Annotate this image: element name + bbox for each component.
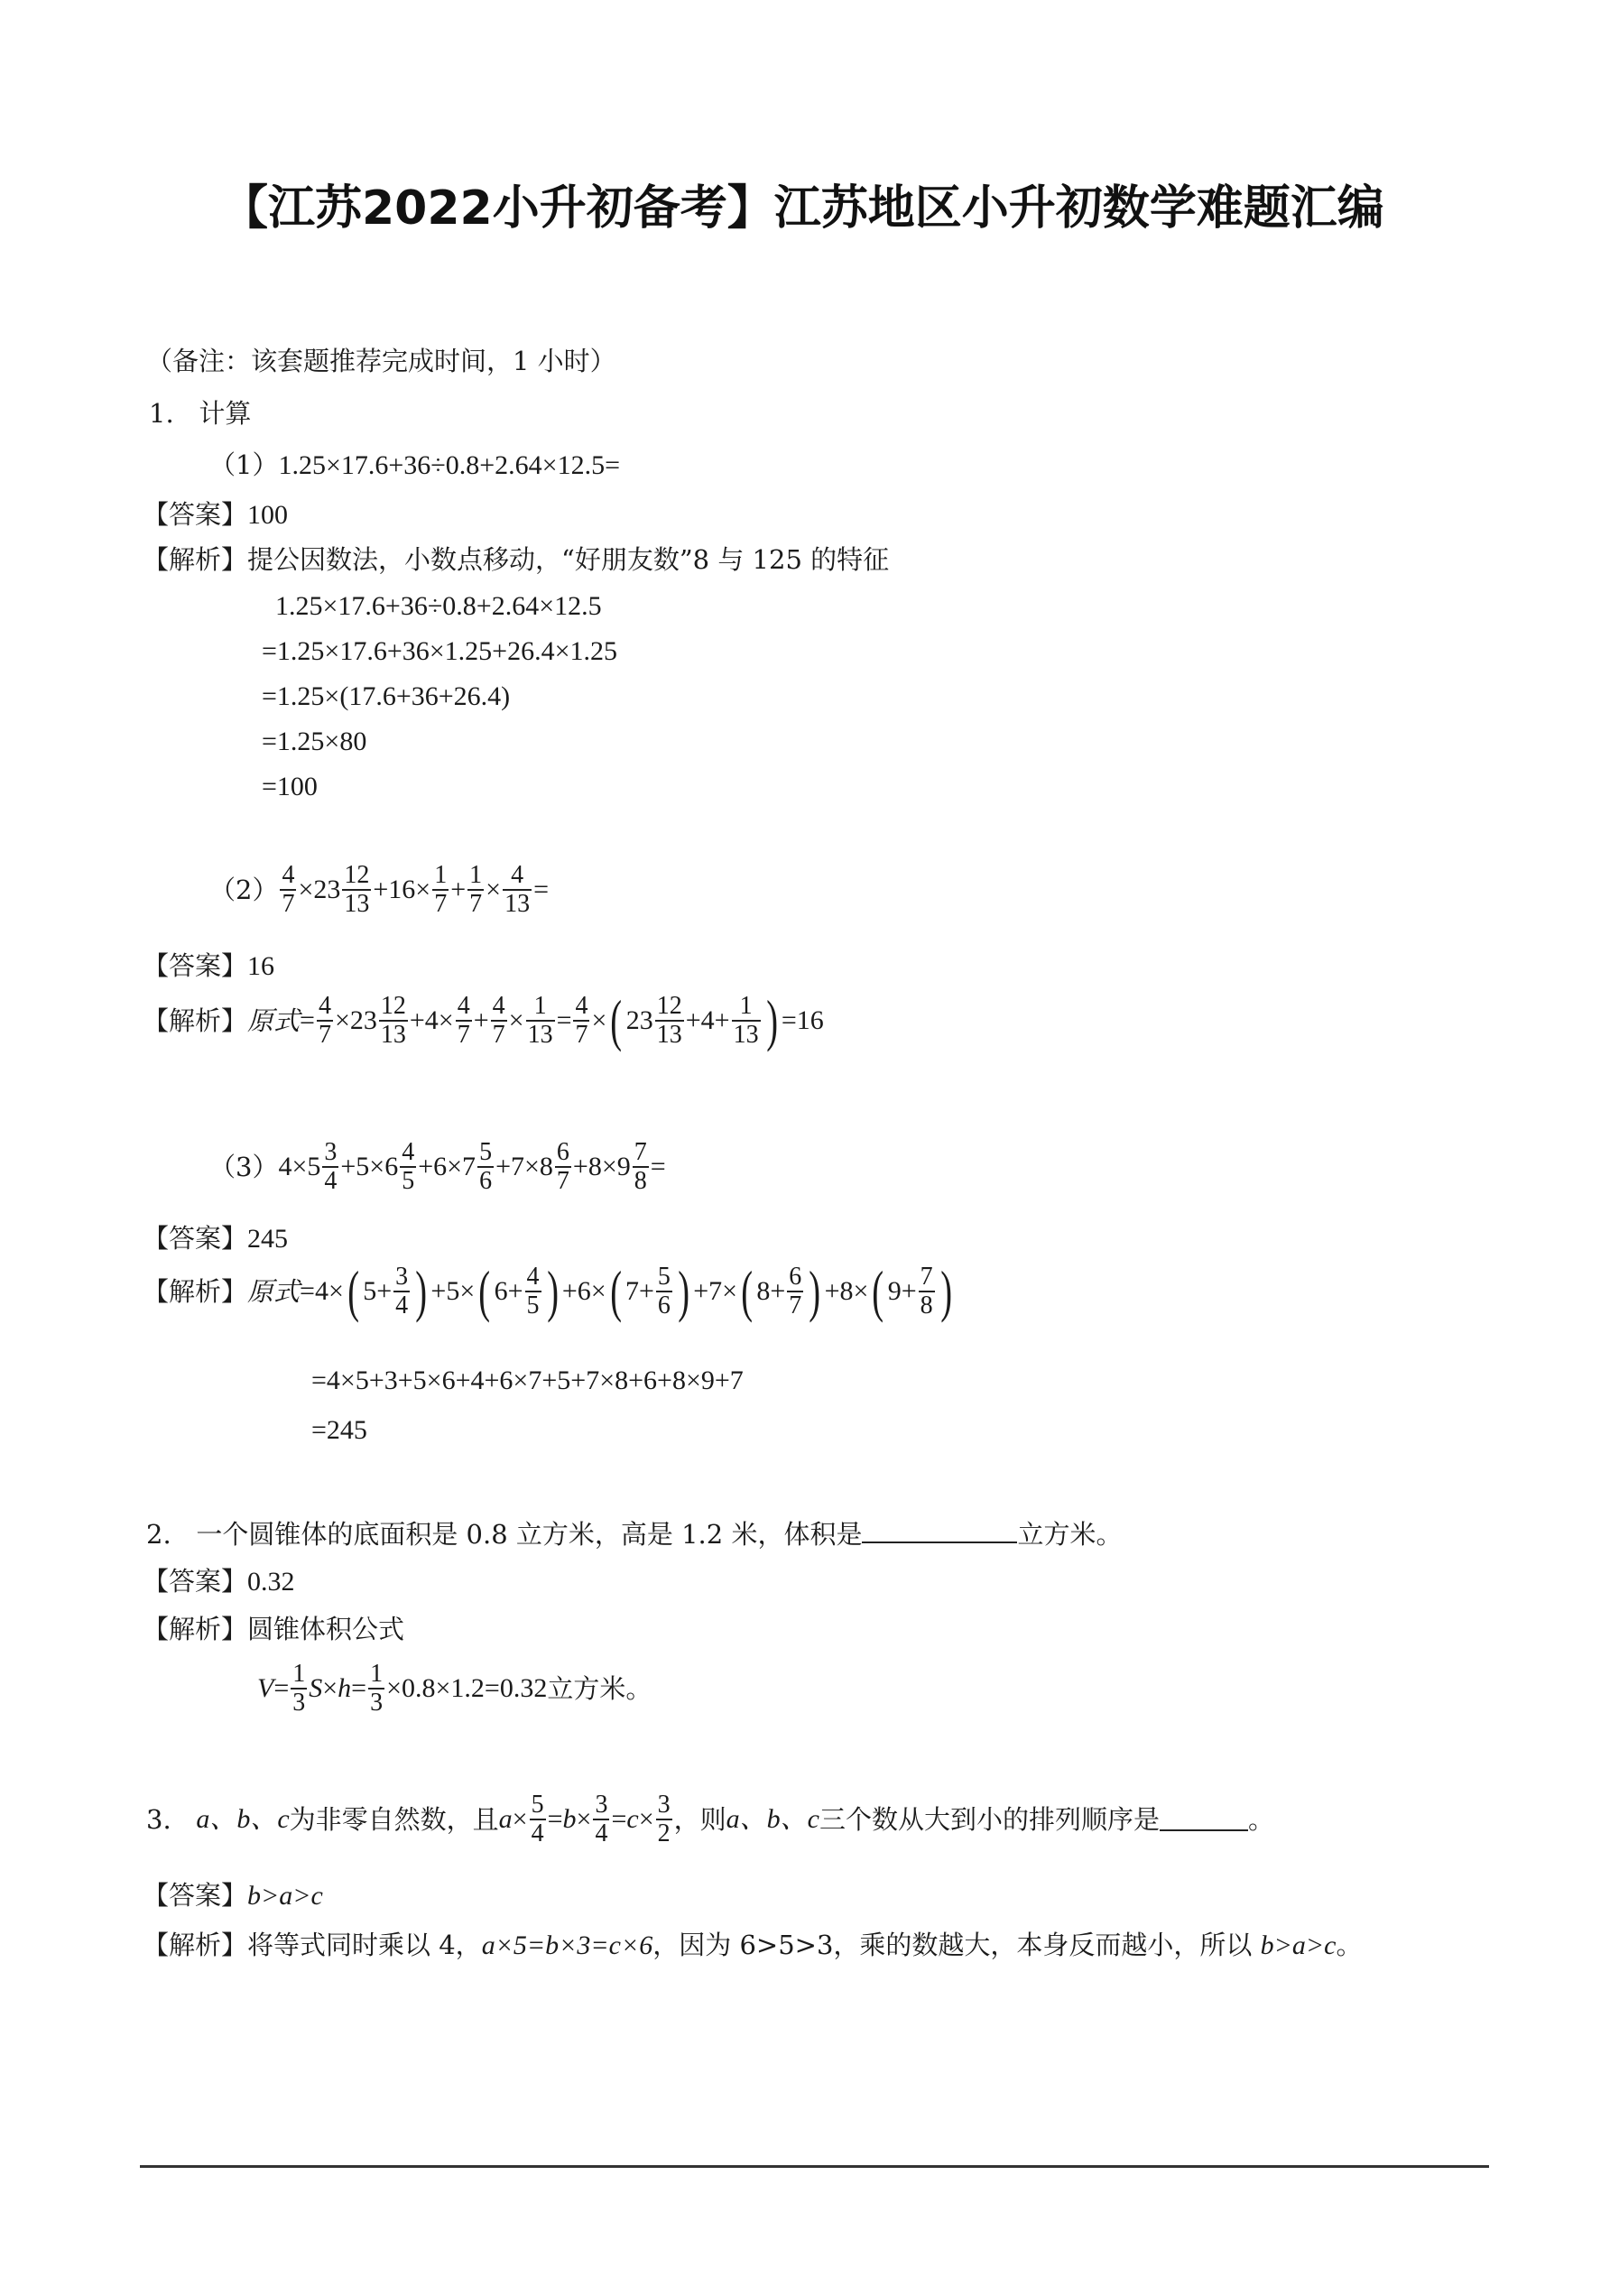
analysis-label: 【解析】 (143, 1275, 247, 1308)
answer-value: 100 (247, 500, 288, 530)
q1-p1-tag: （1） (209, 449, 278, 480)
q2-analysis: 【解析】圆锥体积公式 (143, 1613, 404, 1645)
q1-p3-problem: （3） 4×534+ 5×645+ 6×756+ 7×867+ 8×978= (209, 1139, 666, 1195)
analysis-label: 【解析】 (143, 544, 247, 575)
q2-answer: 【答案】0.32 (143, 1565, 295, 1598)
answer-value: b>a>c (247, 1881, 323, 1911)
q1-p1-step-4: =1.25×80 (262, 726, 366, 758)
q2-formula: V = 13 S × h = 13 ×0.8×1.2=0.32 立方米。 (257, 1661, 652, 1717)
answer-label: 【答案】 (143, 1223, 247, 1254)
q2-number: 2. (146, 1519, 171, 1550)
fraction: 1213 (342, 862, 371, 918)
q1-p1-step-1: 1.25×17.6+36÷0.8+2.64×12.5 (275, 590, 602, 623)
q1-p2-tag: （2） (209, 874, 278, 906)
q3-analysis: 【解析】将等式同时乘以 4，a×5=b×3=c×6，因为 6>5>3，乘的数越大… (143, 1929, 1362, 1962)
q1-number: 1. (149, 398, 174, 429)
q1-p1-step-2: =1.25×17.6+36×1.25+26.4×1.25 (262, 635, 617, 668)
q1-p1-analysis: 【解析】提公因数法，小数点移动，“好朋友数”8 与 125 的特征 (143, 543, 889, 576)
fraction: 17 (432, 862, 449, 918)
answer-value: 245 (247, 1224, 288, 1254)
answer-value: 16 (247, 951, 274, 981)
q1-p2-answer: 【答案】16 (143, 949, 274, 983)
q1-p3-answer: 【答案】245 (143, 1222, 288, 1255)
answer-label: 【答案】 (143, 1566, 247, 1597)
footer-divider (140, 2165, 1489, 2168)
q1-p2-analysis: 【解析】 原式 = 47 ×23 1213 +4× 47 + 47 × 113 … (143, 993, 824, 1049)
open-paren-icon: ( (611, 994, 623, 1048)
q1-p1-expression: 1.25×17.6+36÷0.8+2.64×12.5= (278, 450, 620, 480)
analysis-label: 【解析】 (143, 1004, 247, 1037)
close-paren-icon: ) (766, 994, 778, 1048)
q1-p1-problem: （1）1.25×17.6+36÷0.8+2.64×12.5= (209, 449, 620, 482)
answer-blank (862, 1520, 1017, 1543)
q1-p3-step-1: =4×5+3+5×6+4+6×7+5+7×8+6+8×9+7 (311, 1365, 744, 1397)
q1-p3-step-2: =245 (311, 1414, 367, 1447)
q1-p3-tag: （3） (209, 1151, 278, 1183)
analysis-label: 【解析】 (143, 1614, 247, 1644)
answer-label: 【答案】 (143, 1880, 247, 1911)
answer-value: 0.32 (247, 1567, 295, 1597)
q1-p2-problem: （2） 47 ×23 1213 +16× 17 + 17 × 413 = (209, 862, 549, 918)
q1-p1-answer: 【答案】100 (143, 498, 288, 532)
q1-title: 计算 (199, 398, 251, 429)
q1-p1-step-3: =1.25×(17.6+36+26.4) (262, 680, 510, 713)
analysis-text: 提公因数法，小数点移动，“好朋友数”8 与 125 的特征 (247, 544, 889, 575)
document-title: 【江苏2022小升初备考】江苏地区小升初数学难题汇编 (221, 170, 1384, 237)
q1-p3-analysis: 【解析】 原式 =4×(5+34) +5×(6+45) +6×(7+56) +7… (143, 1264, 956, 1319)
analysis-label: 【解析】 (143, 1930, 247, 1960)
fraction: 413 (503, 862, 532, 918)
note: （备注：该套题推荐完成时间，1 小时） (146, 345, 616, 377)
q3-answer: 【答案】b>a>c (143, 1879, 323, 1912)
answer-label: 【答案】 (143, 950, 247, 981)
q1-p1-step-5: =100 (262, 771, 318, 803)
answer-blank (1160, 1808, 1248, 1831)
fraction: 17 (467, 862, 484, 918)
q1-heading: 1. 计算 (149, 397, 251, 430)
q3-problem: 3. a、b、c 为非零自然数，且 a× 54 =b× 34 =c× 32 ，则… (146, 1791, 1274, 1847)
answer-label: 【答案】 (143, 499, 247, 530)
q2-problem: 2. 一个圆锥体的底面积是 0.8 立方米，高是 1.2 米，体积是立方米。 (146, 1518, 1122, 1551)
q3-number: 3. (146, 1803, 171, 1836)
fraction: 47 (280, 862, 296, 918)
